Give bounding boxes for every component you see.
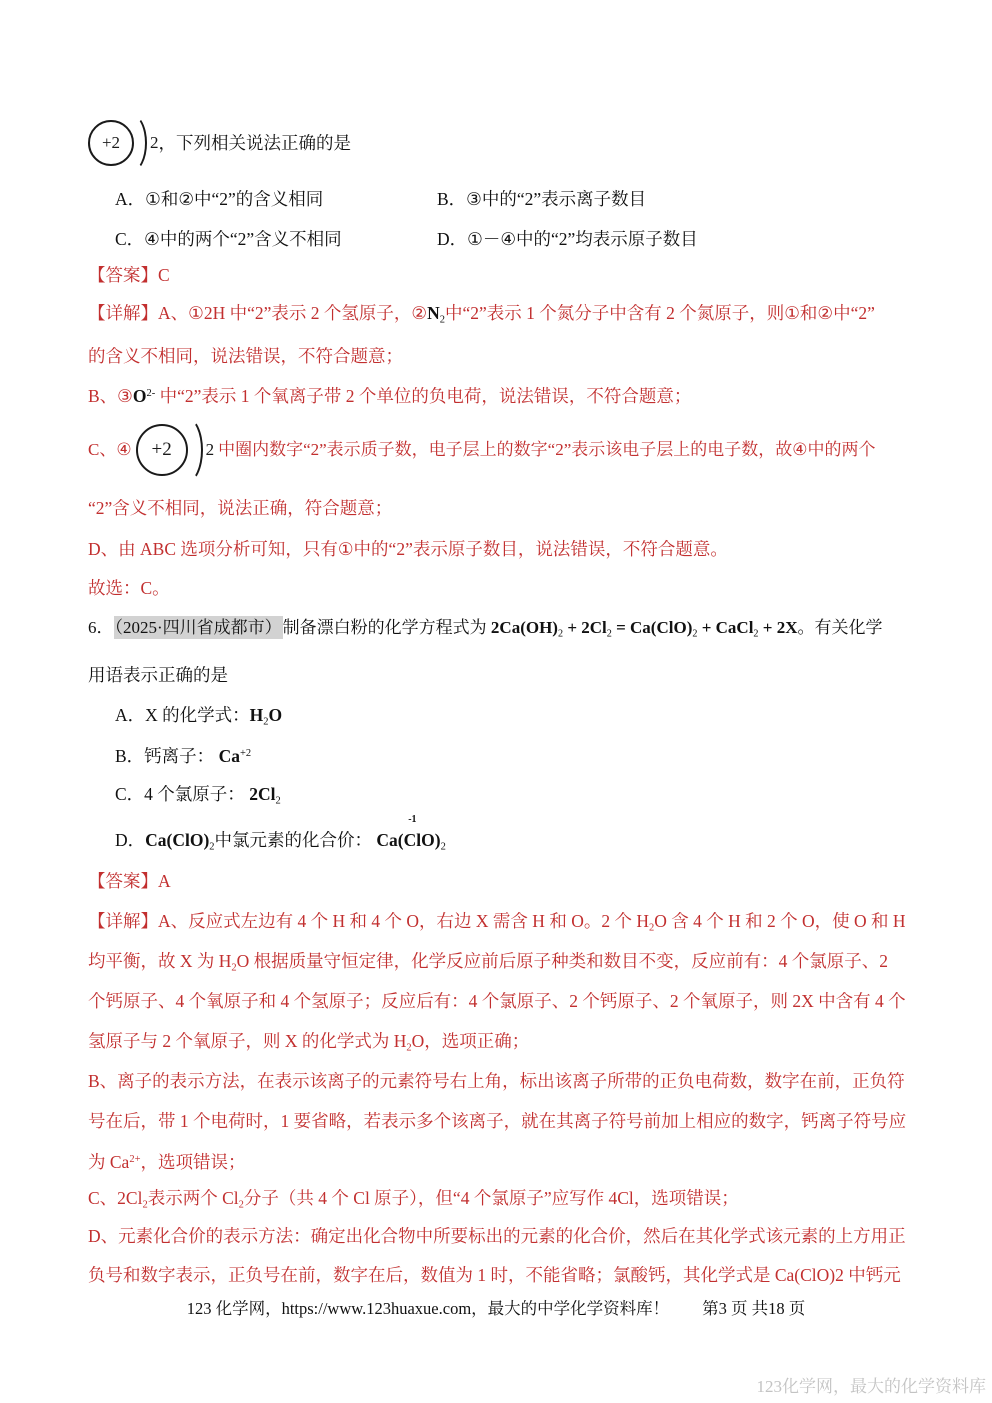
q6-explain-line4: 氢原子与 2 个氧原子，则 X 的化学式为 H2O，选项正确； xyxy=(88,1028,529,1061)
q5-explain-line4: C、④ +2 2 中圈内数字“2”表示质子数，电子层上的数字“2”表示该电子层上… xyxy=(88,414,876,486)
q6-explain-line3: 个钙原子、4 个氧原子和 4 个氢原子；反应后有：4 个氯原子、2 个钙原子、2… xyxy=(88,988,906,1014)
q6-option-b: B．钙离子： Ca+2 xyxy=(115,741,251,769)
q5-explain-c-prefix: C、④ xyxy=(88,437,132,463)
shell-electron-count: 2 xyxy=(206,437,215,463)
q5-explain-c-text: 中圈内数字“2”表示质子数，电子层上的数字“2”表示该电子层上的电子数，故④中的… xyxy=(218,437,875,463)
q5-option-d: D．①－④中的“2”均表示原子数目 xyxy=(437,226,698,252)
q5-option-c: C．④中的两个“2”含义不相同 xyxy=(115,226,342,252)
q6-explain-line6: 号在后，带 1 个电荷时，1 要省略，若表示多个该离子，就在其离子符号前加上相应… xyxy=(88,1108,906,1134)
electron-shell-arc xyxy=(171,417,203,483)
q5-explain-line3: B、③O2- 中“2”表示 1 个氧离子带 2 个单位的负电荷，说法错误，不符合… xyxy=(88,381,691,409)
q6-explain-line9: D、元素化合价的表示方法：确定出化合物中所要标出的元素的化合价，然后在其化学式该… xyxy=(88,1223,906,1249)
page-footer: 123 化学网，https://www.123huaxue.com，最大的中学化… xyxy=(0,1296,992,1322)
q6-explain-line7: 为 Ca2+，选项错误； xyxy=(88,1147,246,1175)
bohr-atom-diagram: +2 2 xyxy=(88,114,159,172)
q5-conclusion: 故选：C。 xyxy=(88,575,170,601)
q6-option-a: A．X 的化学式：H2O xyxy=(115,702,282,735)
q6-explain-line10: 负号和数字表示，正负号在前，数字在后，数值为 1 时，不能省略；氯酸钙，其化学式… xyxy=(88,1262,901,1288)
q5-option-a: A．①和②中“2”的含义相同 xyxy=(115,186,323,212)
exam-document-page: +2 2 ，下列相关说法正确的是 A．①和②中“2”的含义相同 B．③中的“2”… xyxy=(0,0,992,1403)
bohr-atom-diagram-inline: +2 2 xyxy=(136,417,215,483)
q6-explain-line1: 【详解】A、反应式左边有 4 个 H 和 4 个 O，右边 X 需含 H 和 O… xyxy=(88,908,906,941)
q6-stem-line1: 6．（2025·四川省成都市）制备漂白粉的化学方程式为 2Ca(OH)2 + 2… xyxy=(88,615,882,647)
q5-explain-line1: 【详解】A、①2H 中“2”表示 2 个氢原子，②N2中“2”表示 1 个氮分子… xyxy=(88,300,875,333)
site-watermark: 123化学网，最大的化学资料库 xyxy=(757,1374,987,1400)
q6-option-d: D．Ca(ClO)2中氯元素的化合价： Ca(-1ClO)2 xyxy=(115,827,446,860)
electron-shell-arc xyxy=(117,114,147,172)
q6-explain-line2: 均平衡，故 X 为 H2O 根据质量守恒定律，化学反应前后原子种类和数目不变，反… xyxy=(88,948,888,981)
q6-explain-line8: C、2Cl2表示两个 Cl2分子（共 4 个 Cl 原子），但“4 个氯原子”应… xyxy=(88,1185,739,1218)
q5-answer: 【答案】C xyxy=(88,262,170,288)
q5-stem-continuation: +2 2 ，下列相关说法正确的是 xyxy=(88,112,351,174)
q5-stem-text: ，下列相关说法正确的是 xyxy=(159,130,352,156)
q6-explain-line5: B、离子的表示方法，在表示该离子的元素符号右上角，标出该离子所带的正负电荷数，数… xyxy=(88,1068,905,1094)
shell-electron-count: 2 xyxy=(150,130,159,156)
q5-explain-line2: 的含义不相同，说法错误，不符合题意； xyxy=(88,343,403,369)
q5-explain-line5: “2”含义不相同，说法正确，符合题意； xyxy=(88,495,392,521)
q5-option-b: B．③中的“2”表示离子数目 xyxy=(437,186,646,212)
q5-explain-line6: D、由 ABC 选项分析可知，只有①中的“2”表示原子数目，说法错误，不符合题意… xyxy=(88,536,728,562)
q6-stem-line2: 用语表示正确的是 xyxy=(88,662,228,688)
q6-answer: 【答案】A xyxy=(88,868,171,894)
q6-option-c: C．4 个氯原子： 2Cl2 xyxy=(115,781,281,814)
